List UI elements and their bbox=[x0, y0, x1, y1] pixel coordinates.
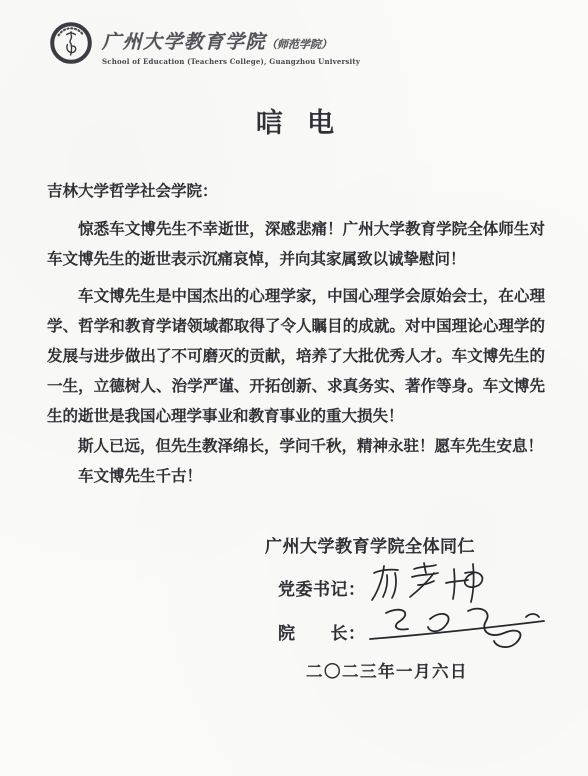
signature-block: 广州大学教育学院全体同仁 党委书记： bbox=[47, 535, 545, 682]
org-name-cn: 广州大学教育学院（师范学院） bbox=[102, 31, 360, 56]
org-name-en: School of Education (Teachers College), … bbox=[102, 57, 360, 66]
paragraph-2: 车文博先生是中国杰出的心理学家，中国心理学会原始会士，在心理学、哲学和教育学诸领… bbox=[47, 281, 545, 431]
signing-organization: 广州大学教育学院全体同仁 bbox=[265, 535, 545, 559]
org-name-suffix: （师范学院） bbox=[266, 38, 332, 51]
letter-date: 二〇二三年一月六日 bbox=[306, 658, 545, 682]
dean-signature-row: 院 长： bbox=[278, 609, 545, 653]
letterhead: 广州大学教育学院（师范学院） School of Education (Teac… bbox=[47, 16, 545, 70]
letterhead-text: 广州大学教育学院（师范学院） School of Education (Teac… bbox=[102, 21, 360, 66]
dean-label: 院 长： bbox=[278, 619, 366, 644]
salutation: 吉林大学哲学社会学院： bbox=[47, 176, 545, 206]
dean-handwritten-signature-icon bbox=[368, 602, 548, 656]
paragraph-1: 惊悉车文博先生不幸逝世，深感悲痛！广州大学教育学院全体师生对车文博先生的逝世表示… bbox=[47, 214, 545, 274]
org-name-main: 广州大学教育学院 bbox=[102, 31, 266, 53]
document-title: 唁 电 bbox=[47, 107, 545, 141]
paragraph-3: 斯人已远，但先生教泽绵长，学问千秋，精神永驻！愿车先生安息！ bbox=[47, 431, 545, 461]
university-seal-icon bbox=[47, 19, 95, 67]
condolence-letter-page: 广州大学教育学院（师范学院） School of Education (Teac… bbox=[0, 0, 588, 776]
secretary-handwritten-signature-icon bbox=[370, 560, 490, 604]
letter-body: 吉林大学哲学社会学院： 惊悉车文博先生不幸逝世，深感悲痛！广州大学教育学院全体师… bbox=[47, 176, 545, 491]
paragraph-4: 车文博先生千古！ bbox=[47, 461, 545, 491]
secretary-label: 党委书记： bbox=[278, 575, 366, 600]
